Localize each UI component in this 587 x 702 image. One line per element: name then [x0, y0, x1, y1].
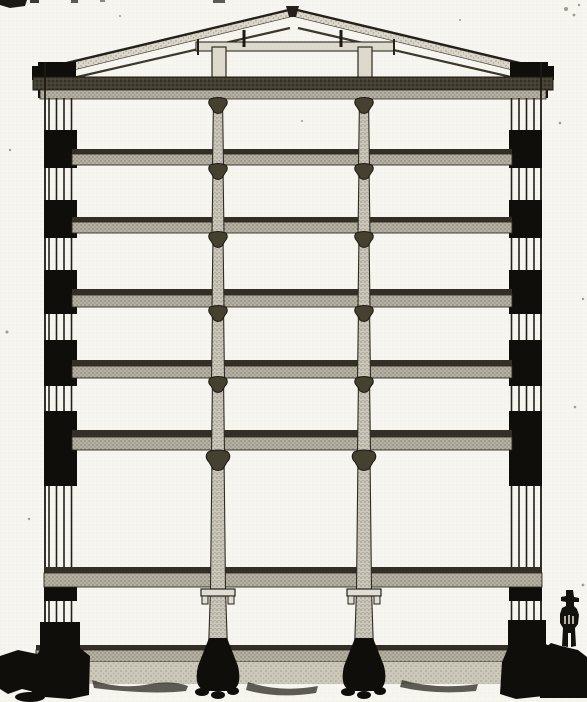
floor-band-1-girder: [72, 154, 512, 165]
paper-speckle-10: [582, 584, 585, 587]
paper-speckle-2: [573, 14, 576, 17]
queen-post-right: [358, 47, 372, 78]
column-1-shaft-story-6: [211, 453, 226, 589]
column-1-bolster-cap: [201, 589, 235, 596]
column-2-bolster-ear-left: [348, 596, 354, 604]
column-1-footing-toe-1: [195, 688, 209, 696]
floor-band-2-girder: [72, 222, 512, 233]
top-edge-smudge-2: [30, 0, 39, 3]
paper-speckle-8: [574, 406, 577, 409]
right-wall-spandrel-4: [509, 340, 542, 386]
top-edge-smudge-4: [213, 0, 225, 3]
column-2-footing-toe-3: [374, 687, 386, 695]
column-1-footing-toe-3: [227, 687, 239, 695]
attic-floor-band: [33, 77, 553, 90]
top-edge-smudge-5: [100, 0, 105, 2]
floor-band-6-joists: [44, 567, 542, 573]
floor-band-3-girder: [72, 295, 512, 307]
column-2-footing-toe-1: [341, 688, 355, 696]
column-1-bolster-ear-left: [202, 596, 208, 604]
floor-band-6-girder: [44, 573, 542, 587]
floor-band-5-joists: [72, 430, 512, 437]
paper-speckle-12: [119, 15, 121, 17]
scale-person-coat-slit-1: [564, 616, 566, 624]
floor-band-2-joists: [72, 217, 512, 222]
right-wall-spandrel-1: [509, 130, 542, 168]
building-cross-section-plate: [0, 0, 587, 702]
column-2-shaft-story-6: [357, 453, 372, 589]
paper-speckle-3: [578, 4, 580, 6]
scale-person-coat-slit-2: [568, 615, 570, 624]
paper-speckle-9: [28, 518, 30, 520]
ground-ledge-left-stone: [15, 692, 45, 702]
paper-speckle-5: [582, 298, 584, 300]
floor-band-5-girder: [72, 437, 512, 450]
paper-speckle-4: [559, 122, 562, 125]
paper-speckle-13: [459, 19, 461, 21]
ground-sill-beam: [36, 650, 552, 662]
right-wall-spandrel-2: [509, 200, 542, 238]
right-wall-spandrel-5: [509, 411, 542, 486]
ground-sill-line: [36, 645, 552, 650]
paper-speckle-1: [564, 7, 568, 11]
column-1-bolster-ear-right: [228, 596, 234, 604]
column-2-bolster-ear-right: [374, 596, 380, 604]
floor-band-4-joists: [72, 360, 512, 366]
queen-post-left: [212, 47, 226, 78]
cross-section-svg: [0, 0, 587, 702]
paper-texture: [0, 0, 587, 702]
ground-ledge-left: [0, 650, 43, 694]
paper-speckle-7: [6, 331, 9, 334]
floor-band-4-girder: [72, 366, 512, 378]
paper-speckle-11: [301, 120, 303, 122]
column-1-footing-toe-2: [211, 691, 225, 699]
column-2-bolster-cap: [347, 589, 381, 596]
attic-ceiling-band: [40, 90, 546, 99]
ground-shadow-band: [32, 662, 556, 684]
paper-speckle-6: [9, 149, 11, 151]
column-2-footing-toe-2: [357, 691, 371, 699]
scale-person-coat-slit-3: [572, 616, 574, 624]
floor-band-1-joists: [72, 149, 512, 154]
top-edge-smudge-3: [71, 0, 78, 3]
right-wall-spandrel-3: [509, 270, 542, 314]
floor-band-3-joists: [72, 289, 512, 295]
